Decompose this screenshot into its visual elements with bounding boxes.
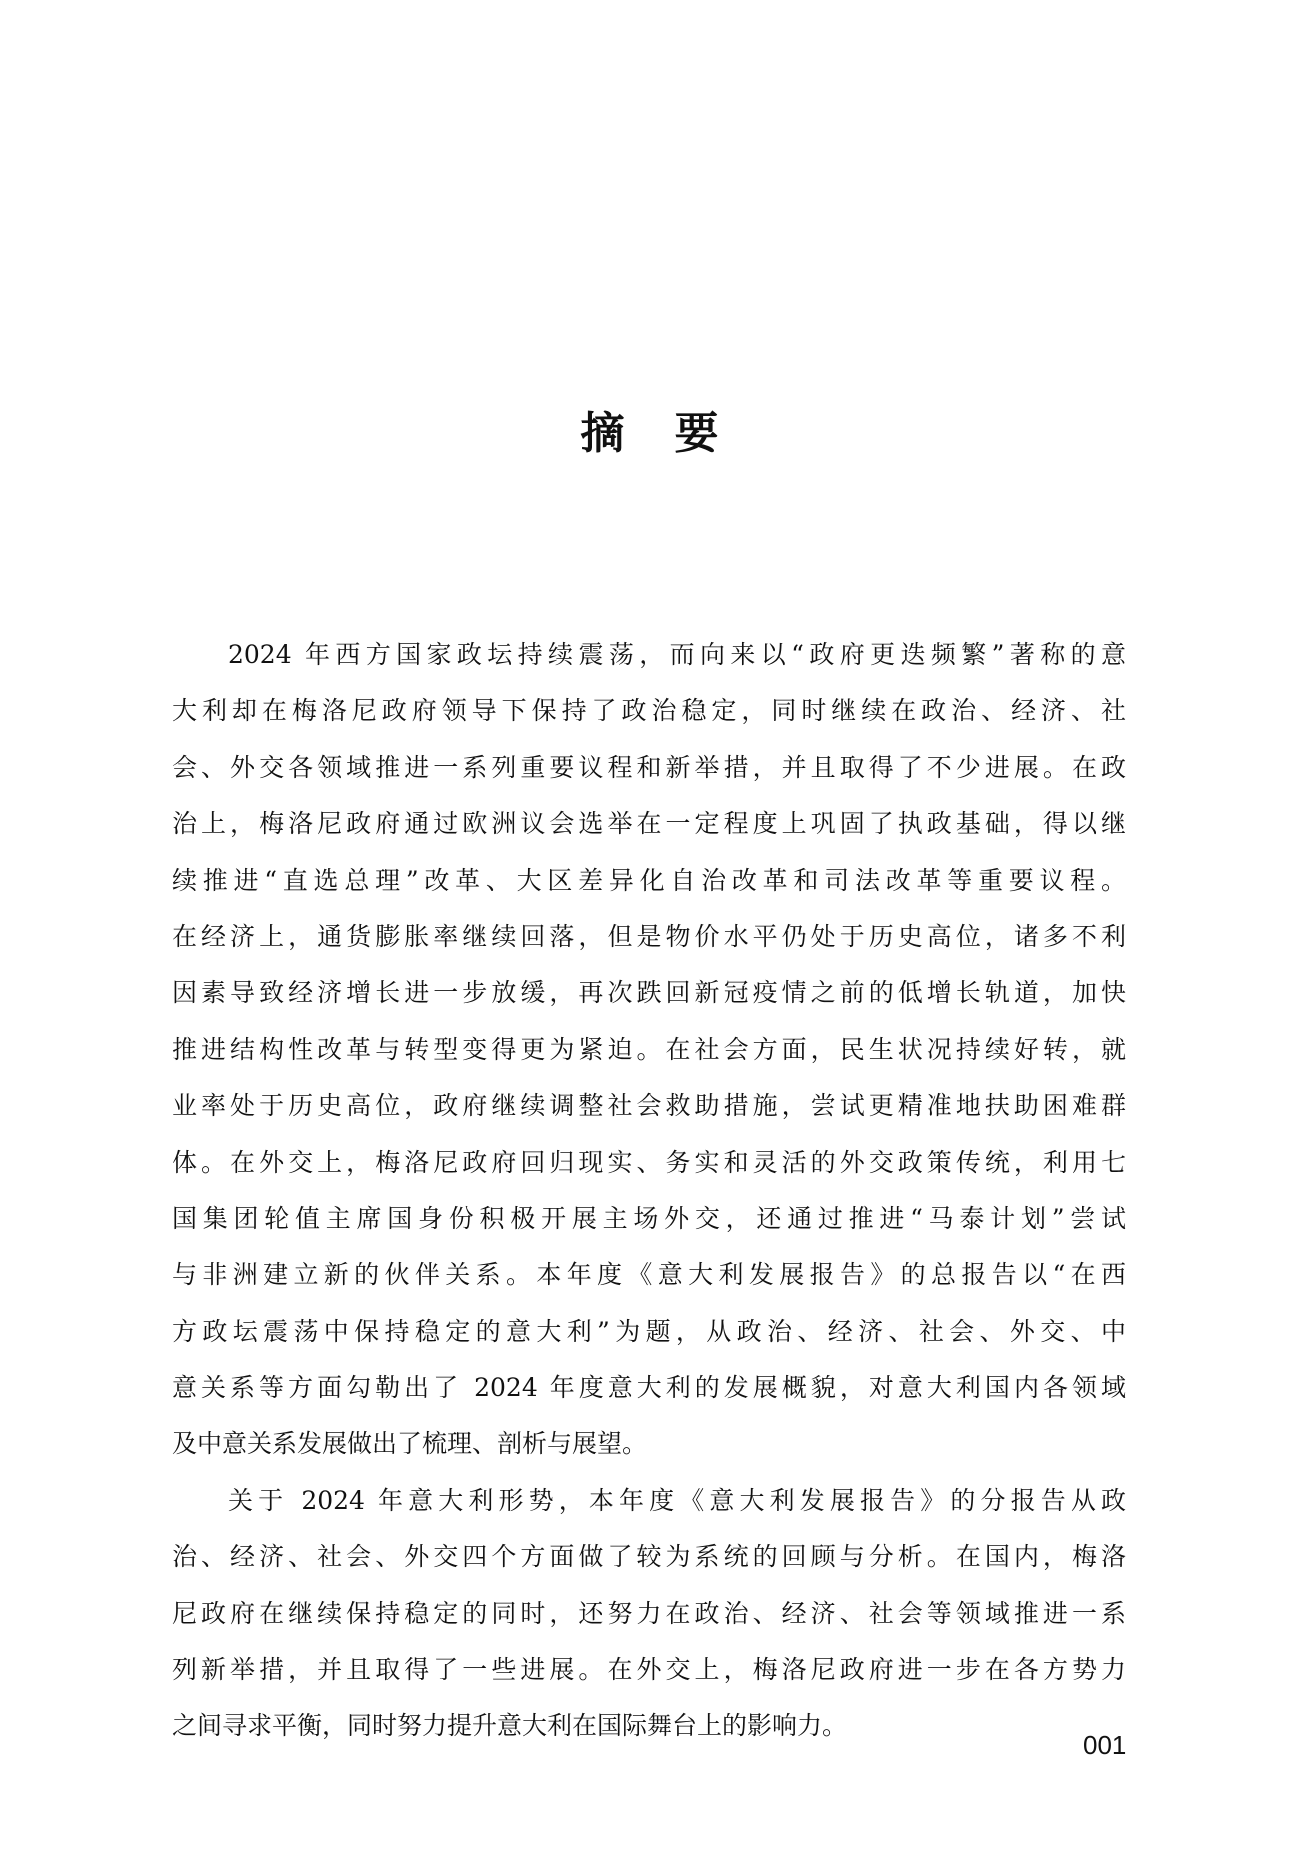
text-line: 尼政府在继续保持稳定的同时，还努力在政治、经济、社会等领域推进一系 (172, 1586, 1126, 1642)
text-line: 续推进“直选总理”改革、大区差异化自治改革和司法改革等重要议程。 (172, 853, 1126, 909)
text-line: 治、经济、社会、外交四个方面做了较为系统的回顾与分析。在国内，梅洛 (172, 1529, 1126, 1585)
paragraph-1: 2024 年西方国家政坛持续震荡，而向来以“政府更迭频繁”著称的意 大利却在梅洛… (172, 627, 1126, 1473)
text-line: 国集团轮值主席国身份积极开展主场外交，还通过推进“马泰计划”尝试 (172, 1191, 1126, 1247)
text-line: 业率处于历史高位，政府继续调整社会救助措施，尝试更精准地扶助困难群 (172, 1078, 1126, 1134)
text-line: 大利却在梅洛尼政府领导下保持了政治稳定，同时继续在政治、经济、社 (172, 683, 1126, 739)
text-line: 关于 2024 年意大利形势，本年度《意大利发展报告》的分报告从政 (172, 1473, 1126, 1529)
page-number: 001 (1083, 1730, 1126, 1761)
text-line: 在经济上，通货膨胀率继续回落，但是物价水平仍处于历史高位，诸多不利 (172, 909, 1126, 965)
title-char-1: 摘 (581, 404, 625, 464)
text-line: 因素导致经济增长进一步放缓，再次跌回新冠疫情之前的低增长轨道，加快 (172, 965, 1126, 1021)
text-line: 治上，梅洛尼政府通过欧洲议会选举在一定程度上巩固了执政基础，得以继 (172, 796, 1126, 852)
text-line: 2024 年西方国家政坛持续震荡，而向来以“政府更迭频繁”著称的意 (172, 627, 1126, 683)
paragraph-2: 关于 2024 年意大利形势，本年度《意大利发展报告》的分报告从政 治、经济、社… (172, 1473, 1126, 1755)
text-line: 之间寻求平衡，同时努力提升意大利在国际舞台上的影响力。 (172, 1698, 1126, 1754)
text-line: 意关系等方面勾勒出了 2024 年度意大利的发展概貌，对意大利国内各领域 (172, 1360, 1126, 1416)
title-char-2: 要 (675, 404, 719, 464)
text-line: 推进结构性改革与转型变得更为紧迫。在社会方面，民生状况持续好转，就 (172, 1022, 1126, 1078)
text-line: 列新举措，并且取得了一些进展。在外交上，梅洛尼政府进一步在各方势力 (172, 1642, 1126, 1698)
abstract-body: 2024 年西方国家政坛持续震荡，而向来以“政府更迭频繁”著称的意 大利却在梅洛… (172, 627, 1126, 1755)
page-title: 摘要 (0, 404, 1299, 464)
text-line: 与非洲建立新的伙伴关系。本年度《意大利发展报告》的总报告以“在西 (172, 1247, 1126, 1303)
text-line: 会、外交各领域推进一系列重要议程和新举措，并且取得了不少进展。在政 (172, 740, 1126, 796)
text-line: 体。在外交上，梅洛尼政府回归现实、务实和灵活的外交政策传统，利用七 (172, 1135, 1126, 1191)
text-line: 及中意关系发展做出了梳理、剖析与展望。 (172, 1416, 1126, 1472)
text-line: 方政坛震荡中保持稳定的意大利”为题，从政治、经济、社会、外交、中 (172, 1304, 1126, 1360)
